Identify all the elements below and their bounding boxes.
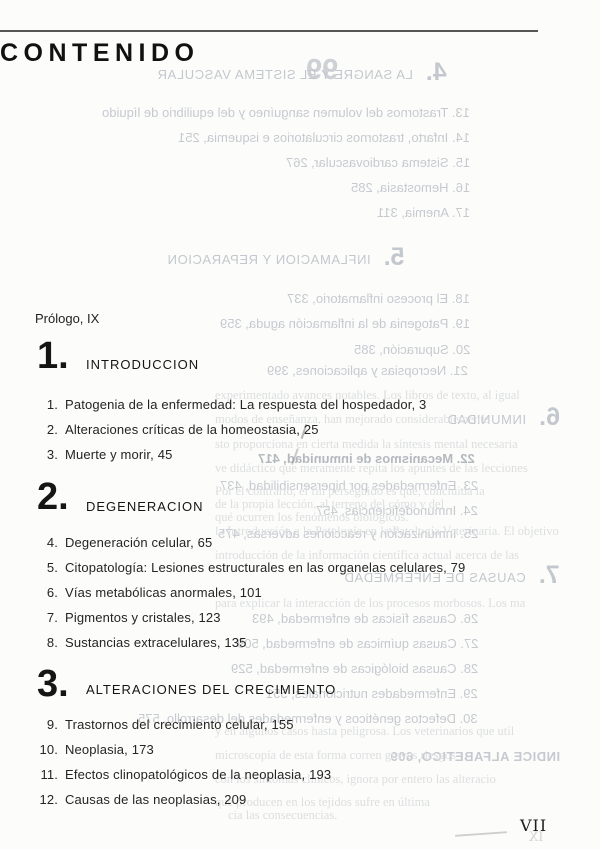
page-title: CONTENIDO [0,41,200,66]
toc-item-number: 11. [30,762,58,787]
toc-item-text: Citopatología: Lesiones estructurales en… [65,555,465,580]
toc-item-number: 4. [30,530,58,555]
ghost-section-header-5: 5. INFLAMACION Y REPARACION [167,247,405,268]
toc-item-number: 7. [30,605,58,630]
section-number: 2. [37,478,69,516]
ghost-toc-item: 28. Causas biológicas de enfermedad, 529 [231,661,478,676]
toc-item-text: Vías metabólicas anormales, 101 [65,580,262,605]
section-title: INTRODUCCION [86,357,199,372]
toc-item-number: 8. [30,630,58,655]
prologue-entry: Prólogo, IX [35,311,99,326]
toc-item: 9. Trastornos del crecimiento celular, 1… [30,712,331,737]
ghost-section-label: INFLAMACION Y REPARACION [167,252,371,268]
toc-item: 11. Efectos clinopatológicos de la neopl… [30,762,331,787]
scanned-book-page: 99 4. LA SANGRE Y EL SISTEMA VASCULAR 13… [0,0,600,849]
ghost-section-numeral: 4. [426,62,447,83]
toc-item-text: Efectos clinopatológicos de la neoplasia… [65,762,331,787]
header-rule [0,30,538,32]
ghost-toc-item: 13. Trastornos del volumen sanguíneo y d… [102,105,470,120]
section-number: 3. [37,665,69,703]
section-items: 4. Degeneración celular, 65 5. Citopatol… [30,530,465,655]
toc-item-number: 5. [30,555,58,580]
ghost-toc-item: 14. Infarto, trastornos circulatorios e … [178,130,470,145]
ghost-section-numeral: 6. [539,407,560,428]
toc-item-text: Muerte y morir, 45 [65,442,172,467]
toc-item: 6. Vías metabólicas anormales, 101 [30,580,465,605]
toc-item-number: 3. [30,442,58,467]
toc-item-text: Neoplasia, 173 [65,737,154,762]
toc-item-text: Pigmentos y cristales, 123 [65,605,221,630]
toc-item: 12. Causas de las neoplasias, 209 [30,787,331,812]
ghost-section-label: LA SANGRE Y EL SISTEMA VASCULAR [157,67,413,83]
toc-item-number: 1. [30,392,58,417]
toc-item: 1. Patogenia de la enfermedad: La respue… [30,392,426,417]
toc-item: 8. Sustancias extracelulares, 135 [30,630,465,655]
page-number: VII [520,816,547,835]
section-number: 1. [37,337,69,375]
ghost-toc-item: 15. Sistema cardiovascular, 267 [286,155,470,170]
toc-item-text: Sustancias extracelulares, 135 [65,630,247,655]
ghost-toc-item: 16. Hemostasia, 285 [351,180,470,195]
toc-item-number: 6. [30,580,58,605]
toc-item-text: Alteraciones críticas de la homeostasia,… [65,417,319,442]
toc-item: 3. Muerte y morir, 45 [30,442,426,467]
smudge-artifact [455,831,507,837]
ghost-toc-item: 20. Supuración, 385 [354,342,470,357]
toc-item: 7. Pigmentos y cristales, 123 [30,605,465,630]
section-title: DEGENERACION [86,499,203,514]
ghost-section-header-4: 4. LA SANGRE Y EL SISTEMA VASCULAR [157,62,447,83]
ghost-toc-item: 18. El proceso inflamatorio, 337 [287,291,470,306]
toc-item-number: 2. [30,417,58,442]
ghost-toc-item: 17. Anemia, 311 [377,205,470,220]
toc-item: 10. Neoplasia, 173 [30,737,331,762]
ghost-toc-item: 19. Patogenia de la inflamación aguda, 3… [220,316,470,331]
toc-item: 5. Citopatología: Lesiones estructurales… [30,555,465,580]
toc-item: 2. Alteraciones críticas de la homeostas… [30,417,426,442]
ghost-section-numeral: 7. [539,565,560,586]
toc-item-number: 9. [30,712,58,737]
section-items: 1. Patogenia de la enfermedad: La respue… [30,392,426,467]
toc-item-text: Causas de las neoplasias, 209 [65,787,246,812]
toc-item-text: Degeneración celular, 65 [65,530,212,555]
toc-item-number: 10. [30,737,58,762]
toc-item-number: 12. [30,787,58,812]
toc-item-text: Trastornos del crecimiento celular, 155 [65,712,294,737]
ghost-section-numeral: 5. [384,247,405,268]
toc-item-text: Patogenia de la enfermedad: La respuesta… [65,392,426,417]
ghost-toc-item: 21. Necropsias y aplicaciones, 399 [267,363,468,378]
toc-item: 4. Degeneración celular, 65 [30,530,465,555]
section-title: ALTERACIONES DEL CRECIMIENTO [86,682,336,697]
ghost-paragraph-line: qué ocurren los fenómenos biológicos. [215,510,408,525]
section-items: 9. Trastornos del crecimiento celular, 1… [30,712,331,812]
